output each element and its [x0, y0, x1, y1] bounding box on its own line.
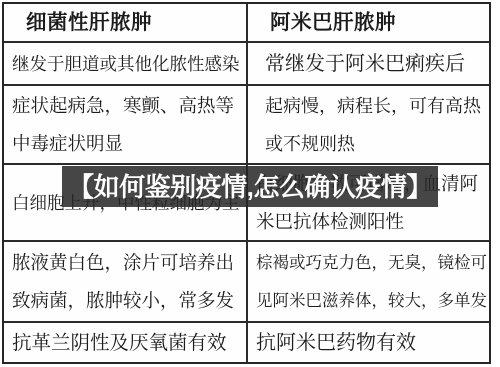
cell-amoebic-symptoms: 起病慢，病程长，可有高热 或不规则热 [248, 86, 489, 165]
cell-bacterial-symptoms: 症状起病急，寒颤、高热等 中毒症状明显 [4, 86, 248, 165]
cell-bacterial-etiology: 继发于胆道或其他化脓性感染 [4, 43, 248, 86]
header-amoebic-liver-abscess: 阿米巴肝脓肿 [248, 4, 489, 43]
watermark-overlay: 【如何鉴别疫情,怎么确认疫情】 [62, 166, 438, 207]
cell-amoebic-etiology: 常继发于阿米巴痢疾后 [248, 43, 489, 86]
cell-bacterial-pus-features: 脓液黄白色，涂片可培养出 致病菌，脓肿较小，常多发 [4, 242, 248, 323]
comparison-table-image: 细菌性肝脓肿 阿米巴肝脓肿 继发于胆道或其他化脓性感染 常继发于阿米巴痢疾后 症… [0, 0, 500, 367]
cell-bacterial-treatment: 抗革兰阴性及厌氧菌有效 [4, 323, 248, 362]
cell-amoebic-treatment: 抗阿米巴药物有效 [248, 323, 489, 362]
header-bacterial-liver-abscess: 细菌性肝脓肿 [4, 4, 248, 43]
cell-amoebic-pus-features: 棕褐或巧克力色，无臭，镜检可 见阿米巴滋养体，较大，多单发 [248, 242, 489, 323]
watermark-text: 【如何鉴别疫情,怎么确认疫情】 [68, 174, 432, 200]
